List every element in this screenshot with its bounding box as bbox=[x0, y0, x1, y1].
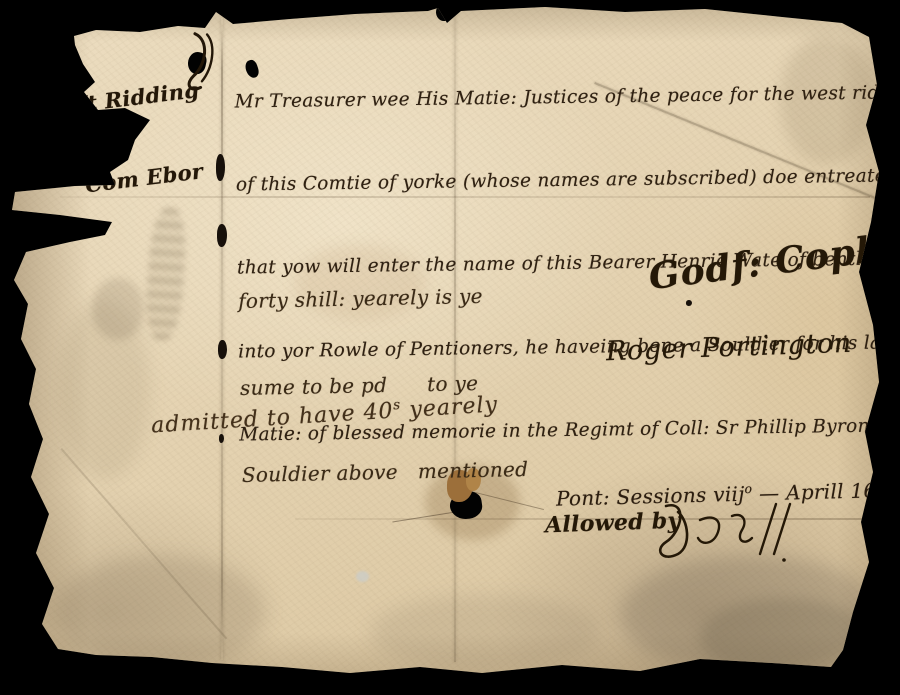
surface-spot bbox=[356, 571, 369, 582]
admission-note-text: admitted to have 40 bbox=[151, 399, 395, 439]
manuscript-paper: Wt Ridding Com Ebor Mr Treasurer wee His… bbox=[0, 0, 900, 695]
ink-blot bbox=[216, 154, 225, 181]
stain bbox=[700, 598, 870, 678]
admission-note-text2: yearely bbox=[401, 392, 499, 423]
margin-paraph-icon bbox=[165, 29, 223, 96]
sum-note-line: forty shill: yearely is ye bbox=[238, 281, 525, 316]
stain bbox=[370, 595, 600, 670]
ink-blot bbox=[217, 224, 227, 247]
scan-background: Wt Ridding Com Ebor Mr Treasurer wee His… bbox=[0, 0, 900, 695]
allowed-paraph-icon bbox=[648, 498, 828, 568]
fold-crease-vertical-left bbox=[221, 18, 223, 660]
paper-hole bbox=[436, 4, 451, 21]
sum-note-line: Souldier above mentioned bbox=[242, 455, 529, 490]
stain bbox=[55, 555, 265, 670]
body-line: of this Comtie of yorke (whose names are… bbox=[236, 162, 884, 199]
margin-note-line2: Com Ebor bbox=[72, 156, 211, 199]
ink-blot bbox=[218, 340, 227, 359]
body-line: Mr Treasurer wee His Matie: Justices of … bbox=[235, 79, 883, 116]
bleedthrough-smudge bbox=[92, 278, 144, 340]
